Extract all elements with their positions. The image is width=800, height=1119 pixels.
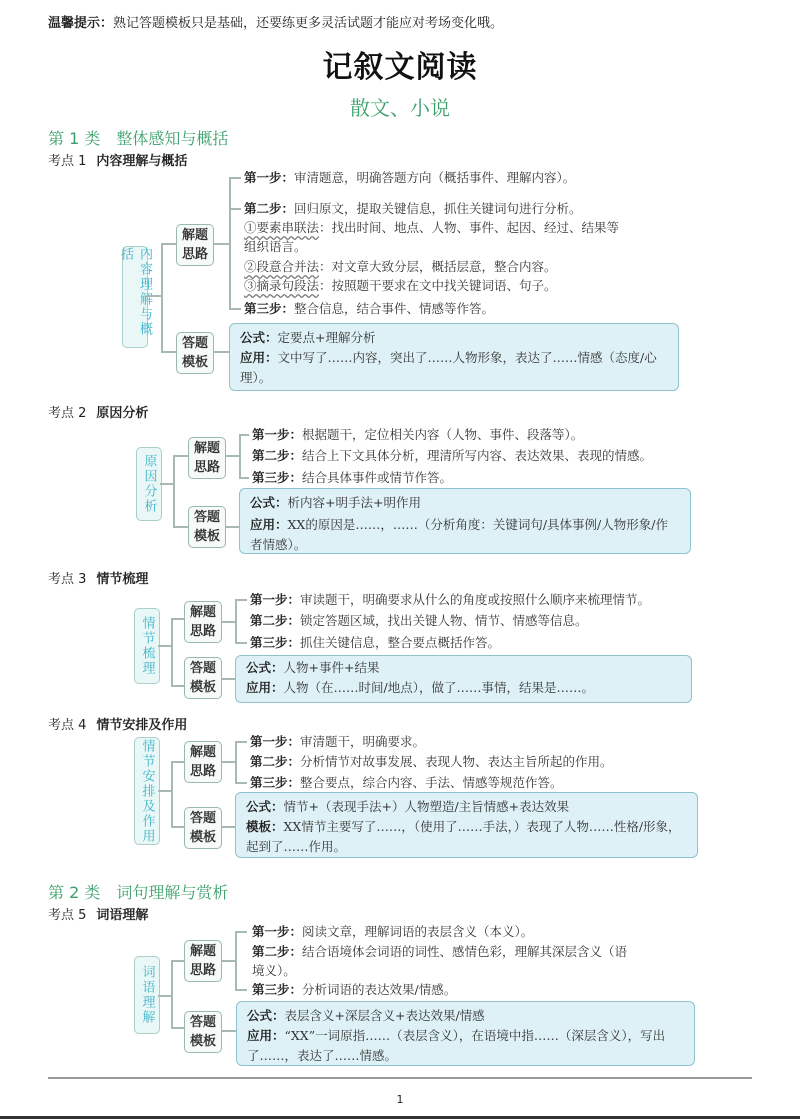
connector [222,960,236,962]
solve-node-5: 解题思路 [184,940,222,982]
connector [158,995,172,997]
step-1: 第一步：阅读文章，理解词语的表层含义（本义）。 [252,922,533,941]
formula: 公式：析内容+明手法+明作用 [250,493,680,513]
template-node-2: 答题模板 [188,506,226,548]
application: 应用：XX的原因是……，……（分析角度：关键词句/具体事例/人物形象/作者情感）… [250,515,680,555]
solve-node-1: 解题思路 [176,224,214,266]
connector [161,243,163,352]
formula: 公式：情节+（表现手法+）人物塑造/主旨情感+表达效果 [246,797,687,817]
connector [171,618,185,620]
connector [214,351,230,353]
application: 应用：人物（在……时间/地点），做了……事情，结果是……。 [246,678,681,698]
step-1: 第一步：审清题干，明确要求。 [250,732,425,751]
connector [171,960,185,962]
formula: 公式：定要点+理解分析 [240,328,668,348]
step-3: 第三步：结合具体事件或情节作答。 [252,468,452,487]
category-2-heading: 第 2 类 词句理解与赏析 [48,880,228,903]
solve-node-4: 解题思路 [184,741,222,783]
root-node-3: 情节梳理 [134,608,160,684]
connector [226,526,240,528]
connector [229,177,231,309]
page-number: 1 [0,1093,800,1106]
connector [158,790,172,792]
connector [171,685,185,687]
connector [214,243,230,245]
solve-node-2: 解题思路 [188,437,226,479]
step-2: 第二步：分析情节对故事发展、表现人物、表达主旨所起的作用。 [250,752,613,771]
connector [171,1027,185,1029]
category-1-heading: 第 1 类 整体感知与概括 [48,126,228,149]
method-3: ③摘录句段法：按照题干要求在文中找关键词语、句子。 [244,276,557,295]
connector [222,761,236,763]
warm-tip: 温馨提示：熟记答题模板只是基础，还要练更多灵活试题才能应对考场变化哦。 [48,12,503,31]
root-node-2: 原因分析 [136,447,162,521]
answer-template-box-2: 公式：析内容+明手法+明作用 应用：XX的原因是……，……（分析角度：关键词句/… [239,488,691,554]
method-1-cont: 组织语言。 [244,237,307,256]
connector [222,1030,236,1032]
connector [158,645,172,647]
connector [229,208,241,210]
connector [239,434,249,436]
connector [171,761,185,763]
step-2: 第二步：结合上下文具体分析，理清所写内容、表达效果、表现的情感。 [252,446,652,465]
connector [146,295,162,297]
answer-template-box-5: 公式：表层含义+深层含义+表达效果/情感 应用：“XX”一词原指……（表层含义）… [236,1001,695,1066]
step-2: 第二步：锁定答题区域，找出关键人物、情节、情感等信息。 [250,611,588,630]
connector [235,989,247,991]
step-3: 第三步：整合要点，综合内容、手法、情感等规范作答。 [250,773,563,792]
tip-text: 熟记答题模板只是基础，还要练更多灵活试题才能应对考场变化哦。 [113,16,503,31]
page-subtitle: 散文、小说 [0,92,800,121]
connector [171,826,185,828]
connector [239,434,241,478]
connector [161,243,177,245]
kaodian-3-heading: 考点 3情节梳理 [48,568,148,587]
root-node-4: 情节安排及作用 [134,737,160,845]
connector [173,455,189,457]
connector [171,618,173,686]
application: 应用：“XX”一词原指……（表层含义），在语境中指……（深层含义），写出了……，… [247,1026,684,1066]
connector [235,599,247,601]
answer-template-box-3: 公式：人物+事件+结果 应用：人物（在……时间/地点），做了……事情，结果是……… [235,655,692,703]
tip-label: 温馨提示： [48,16,113,31]
connector [235,642,247,644]
answer-template-box-1: 公式：定要点+理解分析 应用：文中写了……内容，突出了……人物形象，表达了……情… [229,323,679,391]
connector [173,526,189,528]
template-node-3: 答题模板 [184,657,222,699]
template-node-1: 答题模板 [176,332,214,374]
connector [171,960,173,1028]
step-1: 第一步：审清题意，明确答题方向（概括事件、理解内容）。 [244,168,575,187]
connector [222,678,236,680]
step-3: 第三步：整合信息，结合事件、情感等作答。 [244,299,494,318]
step-1: 第一步：审读题干，明确要求从什么的角度或按照什么顺序来梳理情节。 [250,590,650,609]
kaodian-2-heading: 考点 2原因分析 [48,402,148,421]
connector [235,931,247,933]
solve-node-3: 解题思路 [184,601,222,643]
connector [235,599,237,643]
formula: 公式：表层含义+深层含义+表达效果/情感 [247,1006,684,1026]
template-text: 模板：XX情节主要写了……，（使用了……手法，）表现了人物……性格/形象，起到了… [246,817,687,857]
step-2-cont: 境义）。 [252,961,296,980]
method-2: ②段意合并法：对文章大致分层，概括层意，整合内容。 [244,257,557,276]
connector [229,177,241,179]
connector [171,761,173,827]
node-label: 解题思路 [177,226,213,264]
root-node-5: 词语理解 [134,956,160,1034]
step-2: 第二步：结合语境体会词语的词性、感情色彩，理解其深层含义（语 [252,942,627,961]
page-title: 记叙文阅读 [0,42,800,86]
connector [226,455,240,457]
connector [235,782,247,784]
kaodian-1-heading: 考点 1内容理解与概括 [48,150,187,169]
kaodian-4-heading: 考点 4情节安排及作用 [48,714,187,733]
connector [161,351,177,353]
step-3: 第三步：分析词语的表达效果/情感。 [252,980,456,999]
application: 应用：文中写了……内容，突出了……人物形象，表达了……情感（态度/心理）。 [240,348,668,388]
formula: 公式：人物+事件+结果 [246,658,681,678]
step-3: 第三步：抓住关键信息，整合要点概括作答。 [250,633,500,652]
connector [229,308,241,310]
node-label: 答题模板 [177,334,213,372]
connector [235,741,247,743]
kaodian-5-heading: 考点 5词语理解 [48,904,148,923]
step-2: 第二步：回归原文，提取关键信息，抓住关键词句进行分析。 [244,199,582,218]
step-1: 第一步：根据题干，定位相关内容（人物、事件、段落等）。 [252,425,583,444]
connector [160,483,174,485]
connector [222,826,236,828]
connector [239,477,249,479]
connector [173,455,175,527]
method-1: ①要素串联法：找出时间、地点、人物、事件、起因、经过、结果等 [244,218,619,237]
template-node-4: 答题模板 [184,807,222,849]
connector [222,621,236,623]
template-node-5: 答题模板 [184,1011,222,1053]
root-node-1: 内容理解与概括 [122,246,148,348]
connector [235,931,237,990]
footer-divider [48,1077,752,1079]
answer-template-box-4: 公式：情节+（表现手法+）人物塑造/主旨情感+表达效果 模板：XX情节主要写了…… [235,792,698,858]
connector [235,741,237,783]
